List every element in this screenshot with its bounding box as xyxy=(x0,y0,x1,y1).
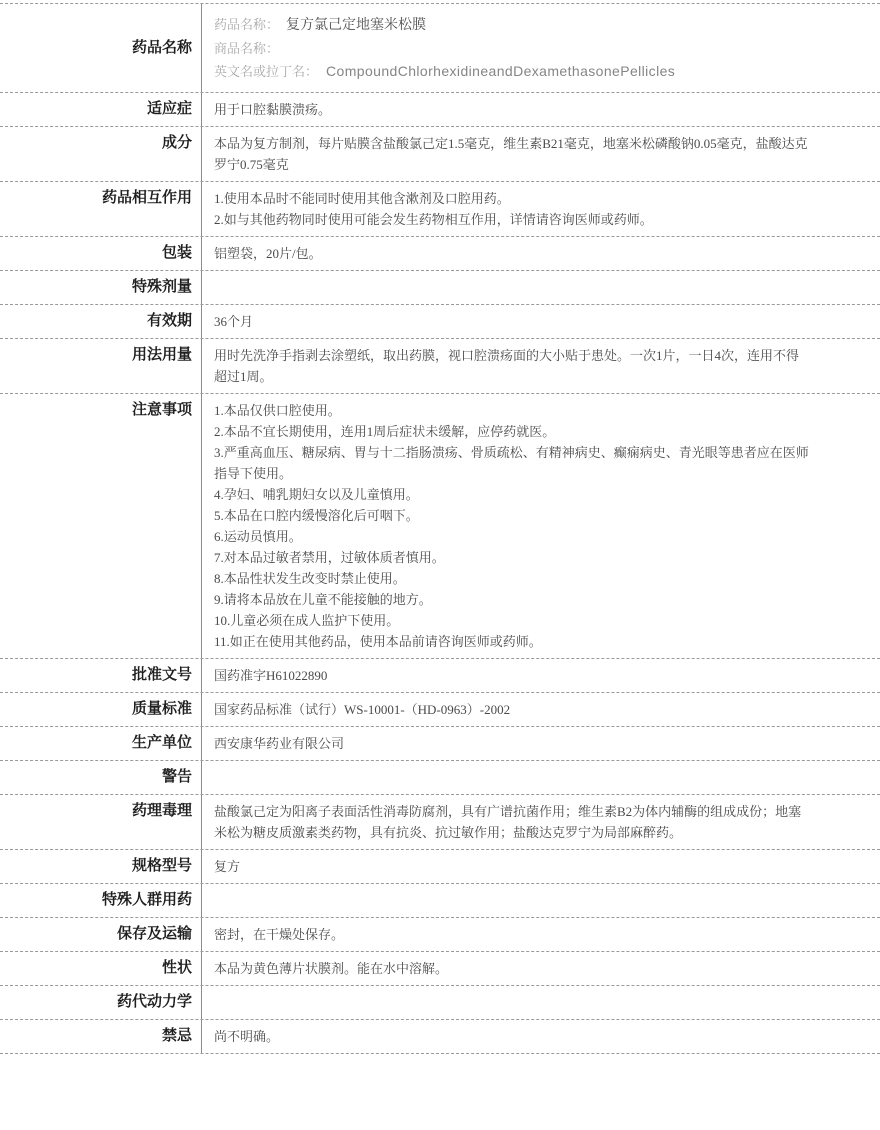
row-content xyxy=(202,271,880,304)
content-line: 密封，在干燥处保存。 xyxy=(214,924,810,945)
field-line: 商品名称： xyxy=(214,37,810,60)
field-key: 英文名或拉丁名： xyxy=(214,64,318,79)
table-row-manufacturer: 生产单位 西安康华药业有限公司 xyxy=(0,727,880,761)
content-line: 1.使用本品时不能同时使用其他含漱剂及口腔用药。 xyxy=(214,188,810,209)
row-label: 药品名称 xyxy=(0,4,202,92)
row-content: 用时先洗净手指剥去涂塑纸，取出药膜，视口腔溃疡面的大小贴于患处。一次1片，一日4… xyxy=(202,339,880,393)
table-row-quality-standard: 质量标准 国家药品标准（试行）WS-10001-（HD-0963）-2002 xyxy=(0,693,880,727)
content-line: 铝塑袋，20片/包。 xyxy=(214,243,810,264)
row-content: 1.使用本品时不能同时使用其他含漱剂及口腔用药。 2.如与其他药物同时使用可能会… xyxy=(202,182,880,236)
content-line: 尚不明确。 xyxy=(214,1026,810,1047)
content-line: 8.本品性状发生改变时禁止使用。 xyxy=(214,568,810,589)
content-line: 7.对本品过敏者禁用，过敏体质者慎用。 xyxy=(214,547,810,568)
row-content: 尚不明确。 xyxy=(202,1020,880,1053)
table-row-special-populations: 特殊人群用药 xyxy=(0,884,880,918)
content-line: 9.请将本品放在儿童不能接触的地方。 xyxy=(214,589,810,610)
row-content: 复方 xyxy=(202,850,880,883)
table-row-dosage-usage: 用法用量 用时先洗净手指剥去涂塑纸，取出药膜，视口腔溃疡面的大小贴于患处。一次1… xyxy=(0,339,880,394)
row-content: 本品为复方制剂，每片贴膜含盐酸氯己定1.5毫克，维生素B21毫克，地塞米松磷酸钠… xyxy=(202,127,880,181)
table-row-drug-name: 药品名称 药品名称：复方氯己定地塞米松膜 商品名称： 英文名或拉丁名：Compo… xyxy=(0,4,880,93)
row-content xyxy=(202,986,880,1019)
content-line: 3.严重高血压、糖尿病、胃与十二指肠溃疡、骨质疏松、有精神病史、癫痫病史、青光眼… xyxy=(214,442,810,484)
content-line: 2.如与其他药物同时使用可能会发生药物相互作用，详情请咨询医师或药师。 xyxy=(214,209,810,230)
row-label: 规格型号 xyxy=(0,850,202,883)
content-line: 用于口腔黏膜溃疡。 xyxy=(214,99,810,120)
row-label: 特殊剂量 xyxy=(0,271,202,304)
row-content: 铝塑袋，20片/包。 xyxy=(202,237,880,270)
row-label: 性状 xyxy=(0,952,202,985)
row-content: 国家药品标准（试行）WS-10001-（HD-0963）-2002 xyxy=(202,693,880,726)
row-label: 适应症 xyxy=(0,93,202,126)
table-row-special-dosage: 特殊剂量 xyxy=(0,271,880,305)
table-row-contraindications: 禁忌 尚不明确。 xyxy=(0,1020,880,1054)
content-line: 国家药品标准（试行）WS-10001-（HD-0963）-2002 xyxy=(214,699,810,720)
table-row-precautions: 注意事项 1.本品仅供口腔使用。 2.本品不宜长期使用，连用1周后症状未缓解，应… xyxy=(0,394,880,659)
drug-info-page: { "colors": { "row_separator": "#9a9a9a"… xyxy=(0,0,880,1130)
row-label: 注意事项 xyxy=(0,394,202,658)
content-line: 11.如正在使用其他药品，使用本品前请咨询医师或药师。 xyxy=(214,631,810,652)
row-label: 包装 xyxy=(0,237,202,270)
content-line: 用时先洗净手指剥去涂塑纸，取出药膜，视口腔溃疡面的大小贴于患处。一次1片，一日4… xyxy=(214,345,810,387)
field-key: 药品名称： xyxy=(214,17,279,32)
row-content: 36个月 xyxy=(202,305,880,338)
table-row-storage-transport: 保存及运输 密封，在干燥处保存。 xyxy=(0,918,880,952)
content-line: 西安康华药业有限公司 xyxy=(214,733,810,754)
row-content xyxy=(202,761,880,794)
row-label: 用法用量 xyxy=(0,339,202,393)
row-content: 西安康华药业有限公司 xyxy=(202,727,880,760)
table-row-interactions: 药品相互作用 1.使用本品时不能同时使用其他含漱剂及口腔用药。 2.如与其他药物… xyxy=(0,182,880,237)
content-line: 盐酸氯己定为阳离子表面活性消毒防腐剂，具有广谱抗菌作用；维生素B2为体内辅酶的组… xyxy=(214,801,810,843)
drug-info-table: 药品名称 药品名称：复方氯己定地塞米松膜 商品名称： 英文名或拉丁名：Compo… xyxy=(0,3,880,1054)
row-content xyxy=(202,884,880,917)
row-content: 国药准字H61022890 xyxy=(202,659,880,692)
row-label: 批准文号 xyxy=(0,659,202,692)
row-content: 用于口腔黏膜溃疡。 xyxy=(202,93,880,126)
row-label: 禁忌 xyxy=(0,1020,202,1053)
content-line: 1.本品仅供口腔使用。 xyxy=(214,400,810,421)
content-line: 复方 xyxy=(214,856,810,877)
content-line: 4.孕妇、哺乳期妇女以及儿童慎用。 xyxy=(214,484,810,505)
table-row-indications: 适应症 用于口腔黏膜溃疡。 xyxy=(0,93,880,127)
content-line: 2.本品不宜长期使用，连用1周后症状未缓解，应停药就医。 xyxy=(214,421,810,442)
row-label: 警告 xyxy=(0,761,202,794)
content-line: 36个月 xyxy=(214,311,810,332)
table-row-pharmacology-toxicology: 药理毒理 盐酸氯己定为阳离子表面活性消毒防腐剂，具有广谱抗菌作用；维生素B2为体… xyxy=(0,795,880,850)
row-label: 特殊人群用药 xyxy=(0,884,202,917)
table-row-ingredients: 成分 本品为复方制剂，每片贴膜含盐酸氯己定1.5毫克，维生素B21毫克，地塞米松… xyxy=(0,127,880,182)
field-line: 英文名或拉丁名：CompoundChlorhexidineandDexameth… xyxy=(214,60,810,83)
table-row-approval-number: 批准文号 国药准字H61022890 xyxy=(0,659,880,693)
row-content: 盐酸氯己定为阳离子表面活性消毒防腐剂，具有广谱抗菌作用；维生素B2为体内辅酶的组… xyxy=(202,795,880,849)
row-content: 药品名称：复方氯己定地塞米松膜 商品名称： 英文名或拉丁名：CompoundCh… xyxy=(202,4,880,92)
row-label: 成分 xyxy=(0,127,202,181)
row-label: 药理毒理 xyxy=(0,795,202,849)
table-row-packaging: 包装 铝塑袋，20片/包。 xyxy=(0,237,880,271)
drug-info-document: 药品名称 药品名称：复方氯己定地塞米松膜 商品名称： 英文名或拉丁名：Compo… xyxy=(0,0,880,1054)
field-key: 商品名称： xyxy=(214,41,279,56)
field-line: 药品名称：复方氯己定地塞米松膜 xyxy=(214,13,810,37)
row-content: 1.本品仅供口腔使用。 2.本品不宜长期使用，连用1周后症状未缓解，应停药就医。… xyxy=(202,394,880,658)
content-line: 本品为黄色薄片状膜剂。能在水中溶解。 xyxy=(214,958,810,979)
row-label: 质量标准 xyxy=(0,693,202,726)
row-label: 药代动力学 xyxy=(0,986,202,1019)
content-line: 10.儿童必须在成人监护下使用。 xyxy=(214,610,810,631)
table-row-specification: 规格型号 复方 xyxy=(0,850,880,884)
drug-name-value: 复方氯己定地塞米松膜 xyxy=(286,18,426,33)
content-line: 本品为复方制剂，每片贴膜含盐酸氯己定1.5毫克，维生素B21毫克，地塞米松磷酸钠… xyxy=(214,133,810,175)
row-label: 保存及运输 xyxy=(0,918,202,951)
row-label: 药品相互作用 xyxy=(0,182,202,236)
row-content: 密封，在干燥处保存。 xyxy=(202,918,880,951)
row-label: 有效期 xyxy=(0,305,202,338)
content-line: 5.本品在口腔内缓慢溶化后可咽下。 xyxy=(214,505,810,526)
row-label: 生产单位 xyxy=(0,727,202,760)
table-row-shelf-life: 有效期 36个月 xyxy=(0,305,880,339)
content-line: 6.运动员慎用。 xyxy=(214,526,810,547)
row-content: 本品为黄色薄片状膜剂。能在水中溶解。 xyxy=(202,952,880,985)
table-row-warning: 警告 xyxy=(0,761,880,795)
table-row-description: 性状 本品为黄色薄片状膜剂。能在水中溶解。 xyxy=(0,952,880,986)
content-line: 国药准字H61022890 xyxy=(214,665,810,686)
english-name-value: CompoundChlorhexidineandDexamethasonePel… xyxy=(326,63,675,79)
table-row-pharmacokinetics: 药代动力学 xyxy=(0,986,880,1020)
